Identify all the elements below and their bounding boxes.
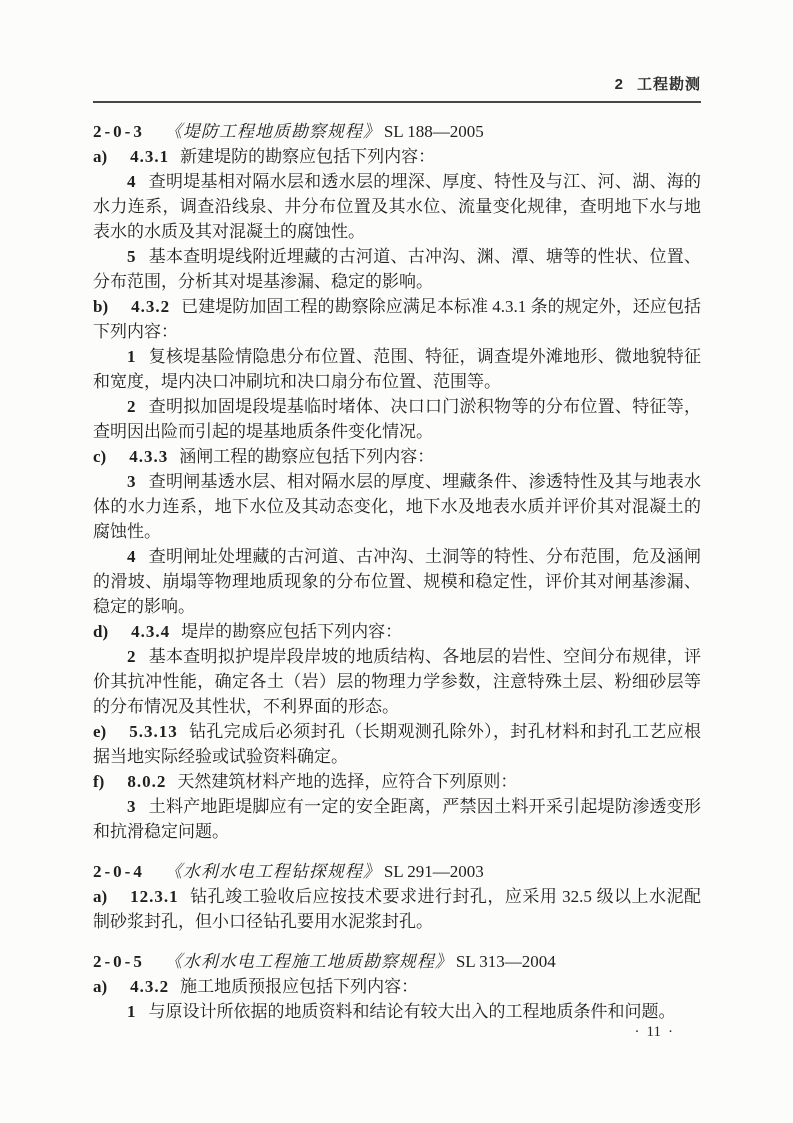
clause-text: 已建堤防加固工程的勘察除应满足本标准 4.3.1 条的规定外，还应包括下列内容：	[93, 297, 701, 341]
item-paragraph: 4查明闸址处埋藏的古河道、古冲沟、土洞等的特性、分布范围，危及涵闸的滑坡、崩塌等…	[93, 544, 701, 619]
clause-text: 施工地质预报应包括下列内容：	[180, 977, 418, 996]
item-number: 4	[127, 172, 136, 191]
clause-number: 8.0.2	[127, 772, 166, 791]
item-number: 4	[127, 547, 136, 566]
item-paragraph: 2基本查明拟护堤岸段岸坡的地质结构、各地层的岩性、空间分布规律，评价其抗冲性能，…	[93, 644, 701, 719]
content-column: 2工程勘测 2-0-3《堤防工程地质勘察规程》SL 188—2005a)4.3.…	[93, 76, 701, 1024]
item-paragraph: 3土料产地距堤脚应有一定的安全距离，严禁因土料开采引起堤防渗透变形和抗滑稳定问题…	[93, 794, 701, 844]
clause-paragraph: a)4.3.1新建堤防的勘察应包括下列内容：	[93, 144, 701, 169]
clause-paragraph: c)4.3.3涵闸工程的勘察应包括下列内容：	[93, 444, 701, 469]
clause-text: 钻孔竣工验收后应按技术要求进行封孔，应采用 32.5 级以上水泥配制砂浆封孔，但…	[93, 887, 701, 931]
item-text: 查明闸址处埋藏的古河道、古冲沟、土洞等的特性、分布范围，危及涵闸的滑坡、崩塌等物…	[93, 547, 701, 616]
item-number: 1	[127, 347, 136, 366]
page-footer: ·11·	[0, 1021, 680, 1043]
item-text: 查明拟加固堤段堤基临时堵体、决口口门淤积物等的分布位置、特征等，查明因出险而引起…	[93, 397, 701, 441]
clause-letter: f)	[93, 772, 104, 791]
standard-title: 《水利水电工程钻探规程》	[165, 862, 381, 881]
item-paragraph: 5基本查明堤线附近埋藏的古河道、古冲沟、渊、潭、塘等的性状、位置、分布范围，分析…	[93, 244, 701, 294]
header-rule	[93, 101, 701, 103]
clause-letter: c)	[93, 447, 106, 466]
item-number: 3	[127, 797, 136, 816]
section-heading: 2-0-3《堤防工程地质勘察规程》SL 188—2005	[93, 119, 701, 144]
chapter-title: 工程勘测	[637, 76, 701, 93]
clause-text: 天然建筑材料产地的选择，应符合下列原则：	[177, 772, 517, 791]
page-header: 2工程勘测	[93, 76, 701, 101]
item-text: 基本查明堤线附近埋藏的古河道、古冲沟、渊、潭、塘等的性状、位置、分布范围，分析其…	[93, 247, 701, 291]
standard-section: 2-0-3《堤防工程地质勘察规程》SL 188—2005a)4.3.1新建堤防的…	[93, 119, 701, 844]
clause-paragraph: a)4.3.2施工地质预报应包括下列内容：	[93, 974, 701, 999]
standard-title: 《水利水电工程施工地质勘察规程》	[165, 952, 453, 971]
clause-paragraph: d)4.3.4堤岸的勘察应包括下列内容：	[93, 619, 701, 644]
clause-paragraph: f)8.0.2天然建筑材料产地的选择，应符合下列原则：	[93, 769, 701, 794]
standard-code: SL 313—2004	[456, 952, 556, 971]
clause-number: 4.3.1	[130, 147, 169, 166]
clause-letter: e)	[93, 722, 106, 741]
item-paragraph: 3查明闸基透水层、相对隔水层的厚度、埋藏条件、渗透特性及其与地表水体的水力连系，…	[93, 469, 701, 544]
item-text: 复核堤基险情隐患分布位置、范围、特征，调查堤外滩地形、微地貌特征和宽度，堤内决口…	[93, 347, 701, 391]
item-text: 基本查明拟护堤岸段岸坡的地质结构、各地层的岩性、空间分布规律，评价其抗冲性能，确…	[93, 647, 701, 716]
document-body: 2-0-3《堤防工程地质勘察规程》SL 188—2005a)4.3.1新建堤防的…	[93, 119, 701, 1024]
item-text: 与原设计所依据的地质资料和结论有较大出入的工程地质条件和问题。	[149, 1002, 676, 1021]
item-number: 1	[127, 1002, 136, 1021]
item-text: 查明闸基透水层、相对隔水层的厚度、埋藏条件、渗透特性及其与地表水体的水力连系，地…	[93, 472, 701, 541]
item-number: 2	[127, 647, 136, 666]
item-paragraph: 4查明堤基相对隔水层和透水层的埋深、厚度、特性及与江、河、湖、海的水力连系，调查…	[93, 169, 701, 244]
clause-number: 12.3.1	[130, 887, 179, 906]
clause-text: 涵闸工程的勘察应包括下列内容：	[179, 447, 434, 466]
standard-code: SL 188—2005	[384, 122, 484, 141]
standard-section: 2-0-5《水利水电工程施工地质勘察规程》SL 313—2004a)4.3.2施…	[93, 949, 701, 1024]
clause-paragraph: e)5.3.13钻孔完成后必须封孔（长期观测孔除外），封孔材料和封孔工艺应根据当…	[93, 719, 701, 769]
clause-paragraph: a)12.3.1钻孔竣工验收后应按技术要求进行封孔，应采用 32.5 级以上水泥…	[93, 884, 701, 934]
item-text: 土料产地距堤脚应有一定的安全距离，严禁因土料开采引起堤防渗透变形和抗滑稳定问题。	[93, 797, 701, 841]
footer-dot-right: ·	[668, 1024, 673, 1040]
clause-letter: a)	[93, 887, 107, 906]
section-heading: 2-0-5《水利水电工程施工地质勘察规程》SL 313—2004	[93, 949, 701, 974]
standard-section: 2-0-4《水利水电工程钻探规程》SL 291—2003a)12.3.1钻孔竣工…	[93, 859, 701, 934]
item-paragraph: 2查明拟加固堤段堤基临时堵体、决口口门淤积物等的分布位置、特征等，查明因出险而引…	[93, 394, 701, 444]
clause-letter: b)	[93, 297, 108, 316]
clause-number: 5.3.13	[129, 722, 178, 741]
footer-dot-left: ·	[635, 1024, 640, 1040]
standard-code: SL 291—2003	[384, 862, 484, 881]
clause-paragraph: b)4.3.2已建堤防加固工程的勘察除应满足本标准 4.3.1 条的规定外，还应…	[93, 294, 701, 344]
clause-letter: a)	[93, 977, 107, 996]
page-number: 11	[647, 1024, 661, 1040]
chapter-number: 2	[615, 76, 624, 93]
clause-number: 4.3.4	[131, 622, 170, 641]
clause-letter: d)	[93, 622, 108, 641]
section-heading: 2-0-4《水利水电工程钻探规程》SL 291—2003	[93, 859, 701, 884]
document-page: 2工程勘测 2-0-3《堤防工程地质勘察规程》SL 188—2005a)4.3.…	[0, 0, 793, 1123]
item-number: 5	[127, 247, 136, 266]
clause-number: 4.3.3	[129, 447, 168, 466]
item-text: 查明堤基相对隔水层和透水层的埋深、厚度、特性及与江、河、湖、海的水力连系，调查沿…	[93, 172, 701, 241]
item-paragraph: 1复核堤基险情隐患分布位置、范围、特征，调查堤外滩地形、微地貌特征和宽度，堤内决…	[93, 344, 701, 394]
clause-text: 堤岸的勘察应包括下列内容：	[181, 622, 402, 641]
item-number: 3	[127, 472, 136, 491]
clause-text: 钻孔完成后必须封孔（长期观测孔除外），封孔材料和封孔工艺应根据当地实际经验或试验…	[93, 722, 701, 766]
section-id: 2-0-5	[93, 952, 145, 971]
section-id: 2-0-4	[93, 862, 145, 881]
standard-title: 《堤防工程地质勘察规程》	[165, 122, 381, 141]
item-number: 2	[127, 397, 136, 416]
clause-text: 新建堤防的勘察应包括下列内容：	[180, 147, 435, 166]
clause-number: 4.3.2	[131, 297, 170, 316]
section-id: 2-0-3	[93, 122, 145, 141]
clause-letter: a)	[93, 147, 107, 166]
clause-number: 4.3.2	[130, 977, 169, 996]
